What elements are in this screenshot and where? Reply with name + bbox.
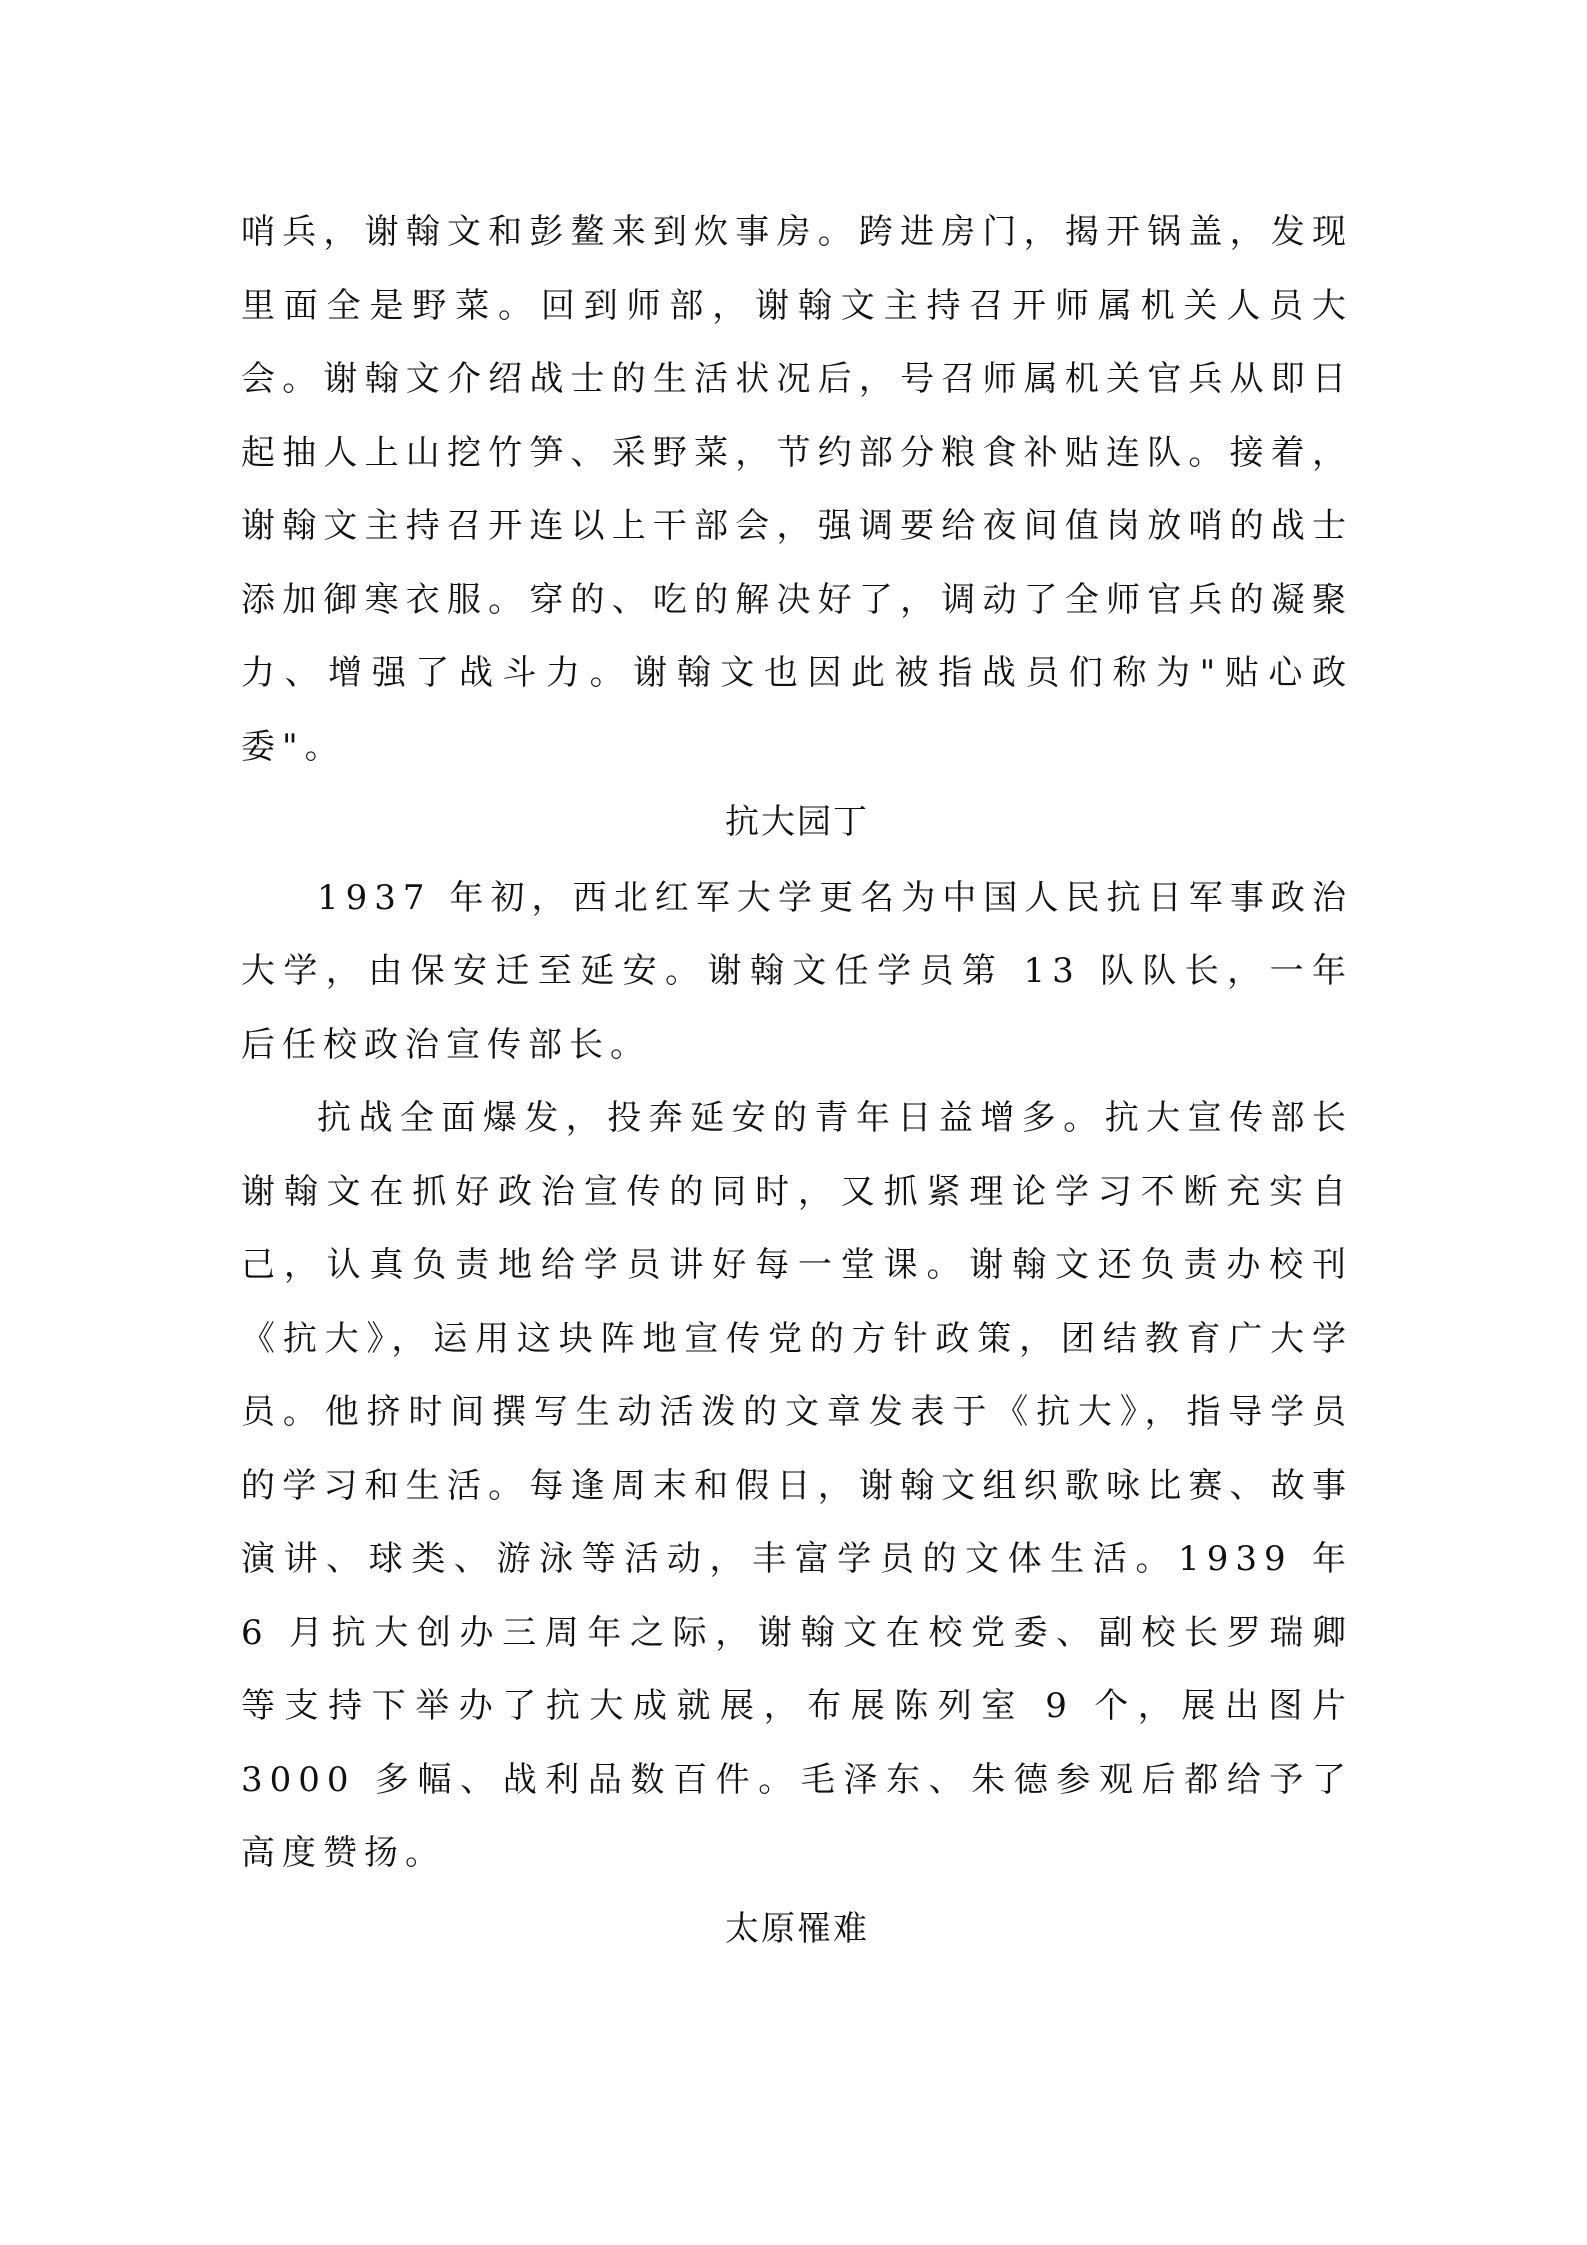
section-heading-taiyuan: 太原罹难 (241, 1891, 1353, 1969)
document-page: 哨兵，谢翰文和彭鳌来到炊事房。跨进房门，揭开锅盖，发现里面全是野菜。回到师部，谢… (241, 196, 1353, 1968)
paragraph: 1937 年初，西北红军大学更名为中国人民抗日军事政治大学，由保安迁至延安。谢翰… (241, 862, 1353, 1083)
section-heading-kangda-gardener: 抗大园丁 (241, 784, 1353, 862)
paragraph-continued: 哨兵，谢翰文和彭鳌来到炊事房。跨进房门，揭开锅盖，发现里面全是野菜。回到师部，谢… (241, 196, 1353, 784)
paragraph: 抗战全面爆发，投奔延安的青年日益增多。抗大宣传部长谢翰文在抓好政治宣传的同时，又… (241, 1082, 1353, 1891)
